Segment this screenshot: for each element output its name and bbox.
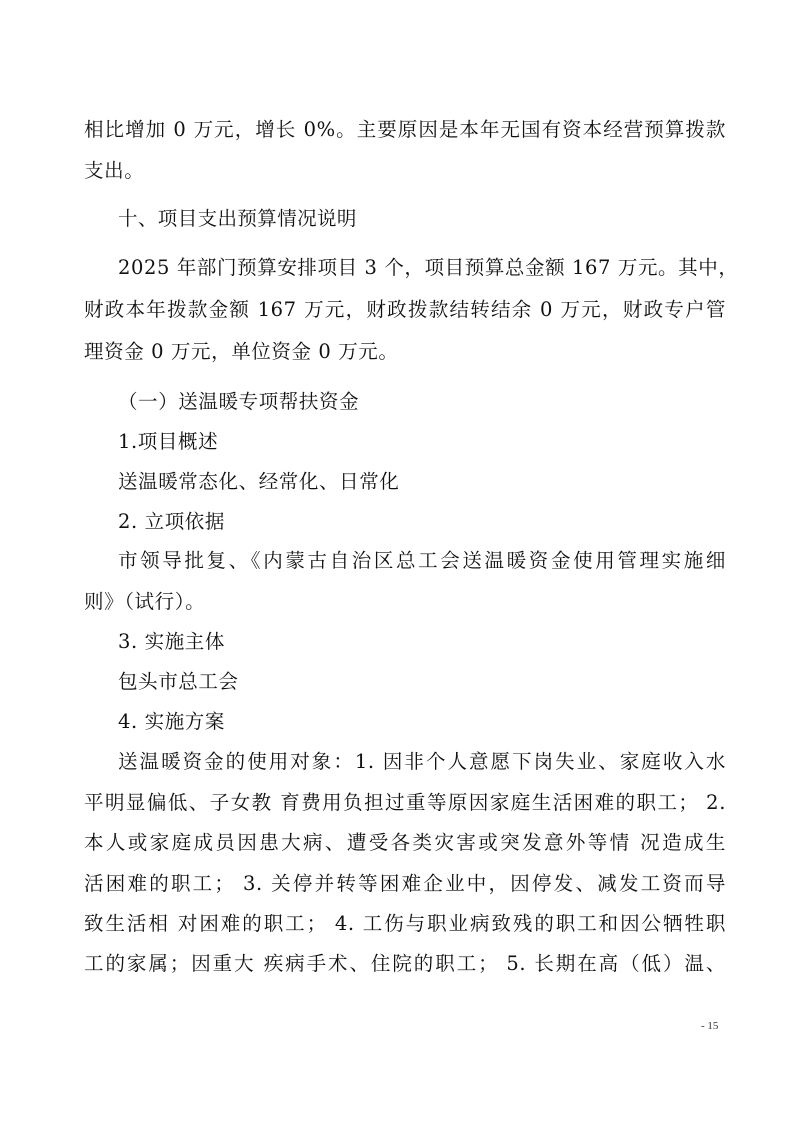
text-line: 致生活相 对困难的职工； 4. 工伤与职业病致残的职工和因公牺牲职 — [84, 910, 726, 938]
text-line: 包头市总工会 — [118, 668, 726, 696]
text-line: 市领导批复、《内蒙古自治区总工会送温暖资金使用管理实施细 — [118, 547, 726, 575]
text-line: 工的家属；因重大 疾病手术、住院的职工； 5. 长期在高（低）温、 — [84, 950, 726, 978]
page-number: - 15 — [701, 1020, 718, 1032]
text-line: 平明显偏低、子女教 育费用负担过重等原因家庭生活困难的职工； 2. — [84, 789, 726, 817]
text-line: 4. 实施方案 — [118, 708, 726, 736]
text-line: 财政本年拨款金额 167 万元，财政拨款结转结余 0 万元，财政专户管 — [84, 296, 726, 324]
text-line: 活困难的职工； 3. 关停并转等困难企业中，因停发、减发工资而导 — [84, 870, 726, 898]
text-line: （一）送温暖专项帮扶资金 — [118, 388, 726, 416]
text-line: 2025 年部门预算安排项目 3 个，项目预算总金额 167 万元。其中， — [118, 254, 726, 282]
section-heading: 十、项目支出预算情况说明 — [118, 205, 726, 233]
text-line: 送温暖常态化、经常化、日常化 — [118, 468, 726, 496]
text-line: 2. 立项依据 — [118, 508, 726, 536]
text-line: 理资金 0 万元，单位资金 0 万元。 — [84, 338, 726, 366]
text-line: 则》（试行）。 — [84, 588, 726, 616]
text-line: 相比增加 0 万元，增长 0%。主要原因是本年无国有资本经营预算拨款 — [84, 116, 726, 144]
document-page: 相比增加 0 万元，增长 0%。主要原因是本年无国有资本经营预算拨款支出。十、项… — [0, 0, 795, 1123]
text-line: 本人或家庭成员因患大病、遭受各类灾害或突发意外等情 况造成生 — [84, 829, 726, 857]
text-line: 送温暖资金的使用对象：1. 因非个人意愿下岗失业、家庭收入水 — [118, 748, 726, 776]
text-line: 1.项目概述 — [118, 428, 726, 456]
text-line: 3. 实施主体 — [118, 628, 726, 656]
text-line: 支出。 — [84, 157, 726, 185]
